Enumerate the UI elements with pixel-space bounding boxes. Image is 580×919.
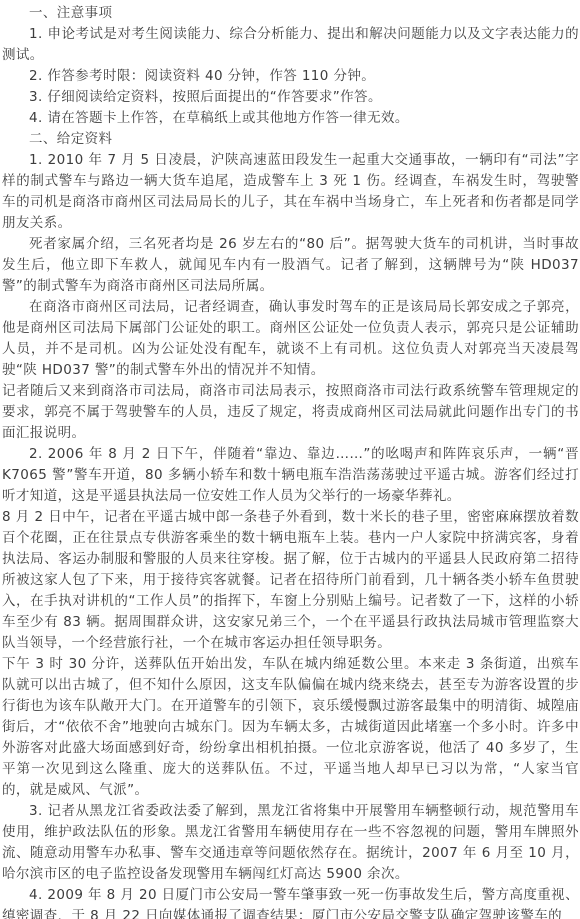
notice-item-4: 4. 请在答题卡上作答，在草稿纸上或其他地方作答一律无效。: [2, 108, 579, 129]
material-paragraph-2: 2. 2006 年 8 月 2 日下午，伴随着“靠边、靠边……”的吆喝声和阵阵哀…: [2, 444, 579, 507]
notice-item-1: 1. 申论考试是对考生阅读能力、综合分析能力、提出和解决问题能力以及文字表达能力…: [2, 24, 579, 66]
material-paragraph-3: 3. 记者从黑龙江省委政法委了解到，黑龙江省将集中开展警用车辆整顿行动，规范警用…: [2, 801, 579, 885]
material-paragraph-1: 1. 2010 年 7 月 5 日凌晨，沪陕高速蓝田段发生一起重大交通事故，一辆…: [2, 150, 579, 234]
materials-heading: 二、给定资料: [2, 129, 579, 150]
notice-heading: 一、注意事项: [2, 3, 579, 24]
material-paragraph-2-cont-2: 下午 3 时 30 分许，送葬队伍开始出发，车队在城内绵延数公里。本来走 3 条…: [2, 654, 579, 801]
material-paragraph-1-cont-1: 死者家属介绍，三名死者均是 26 岁左右的“80 后”。据驾驶大货车的司机讲，当…: [2, 234, 579, 297]
material-paragraph-1-cont-3: 记者随后又来到商洛市司法局，商洛市司法局表示，按照商洛市司法行政系统警车管理规定…: [2, 381, 579, 444]
notice-item-3: 3. 仔细阅读给定资料，按照后面提出的“作答要求”作答。: [2, 87, 579, 108]
document-page: 一、注意事项 1. 申论考试是对考生阅读能力、综合分析能力、提出和解决问题能力以…: [0, 0, 580, 919]
notice-item-2: 2. 作答参考时限：阅读资料 40 分钟，作答 110 分钟。: [2, 66, 579, 87]
material-paragraph-1-cont-2: 在商洛市商州区司法局，记者经调查，确认事发时驾车的正是该局局长郭安成之子郭亮，他…: [2, 297, 579, 381]
material-paragraph-4: 4. 2009 年 8 月 20 日厦门市公安局一警车肇事致一死一伤事故发生后，…: [2, 885, 579, 919]
material-paragraph-2-cont-1: 8 月 2 日中午，记者在平遥古城中郎一条巷子外看到，数十米长的巷子里，密密麻麻…: [2, 507, 579, 654]
